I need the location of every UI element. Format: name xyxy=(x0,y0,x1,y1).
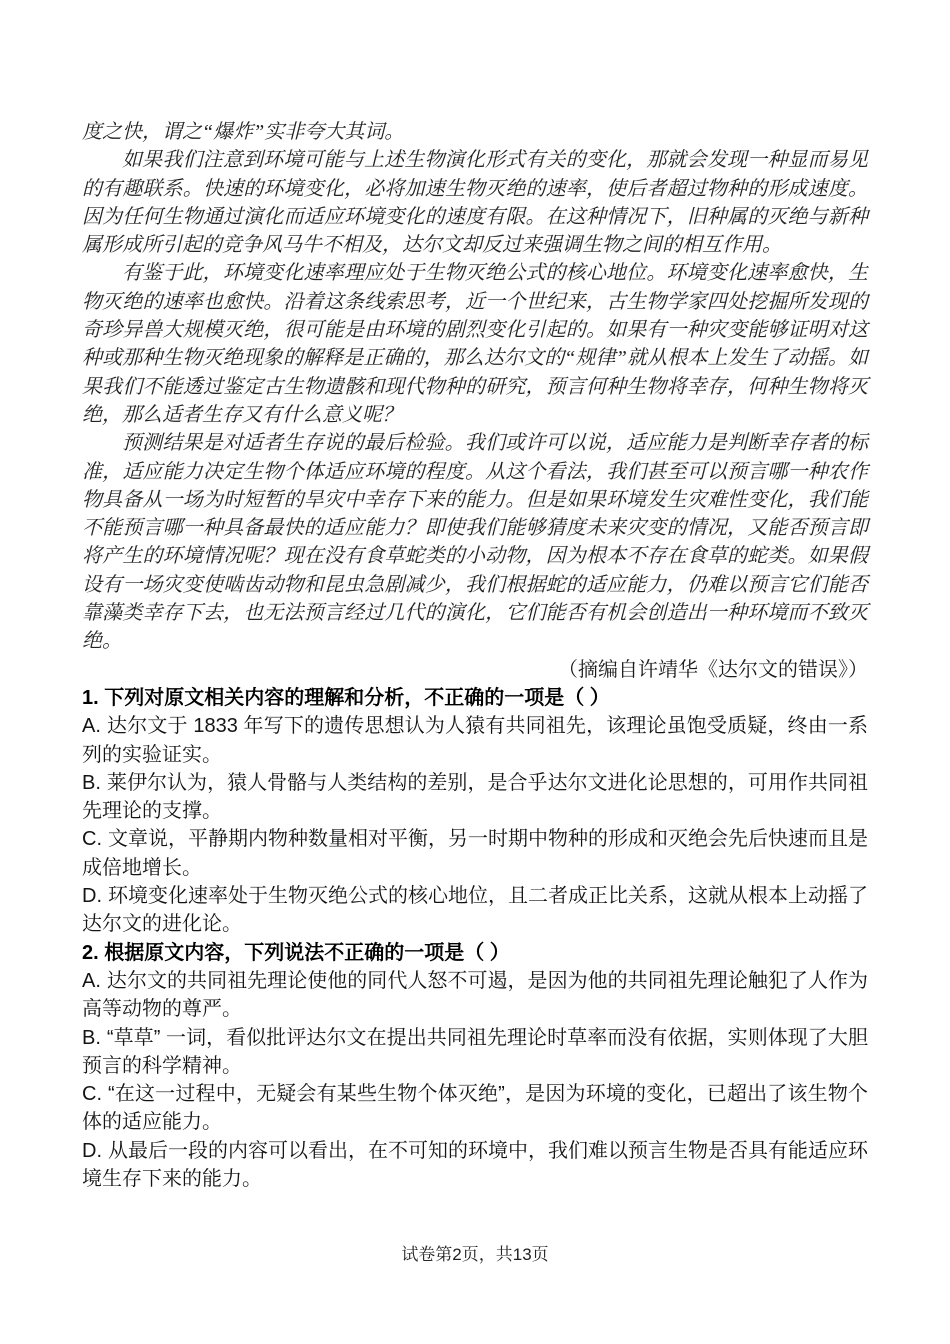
question-1-stem: 1. 下列对原文相关内容的理解和分析，不正确的一项是（ ） xyxy=(82,684,868,712)
passage-paragraph-2: 如果我们注意到环境可能与上述生物演化形式有关的变化，那就会发现一种显而易见的有趣… xyxy=(82,146,868,259)
passage-paragraph-3: 有鉴于此，环境变化速率理应处于生物灭绝公式的核心地位。环境变化速率愈快，生物灭绝… xyxy=(82,259,868,429)
passage-paragraph-4: 预测结果是对适者生存说的最后检验。我们或许可以说，适应能力是判断幸存者的标准，适… xyxy=(82,429,868,655)
option-text: “草草” 一词，看似批评达尔文在提出共同祖先理论时草率而没有依据，实则体现了大胆… xyxy=(82,1027,868,1077)
question-2-option-c: C.“在这一过程中，无疑会有某些生物个体灭绝”，是因为环境的变化，已超出了该生物… xyxy=(82,1080,868,1137)
option-label: D. xyxy=(82,885,102,907)
passage-attribution: （摘编自许靖华《达尔文的错误》） xyxy=(82,656,868,684)
page-footer: 试卷第2页，共13页 xyxy=(0,1240,950,1265)
option-label: A. xyxy=(82,715,101,737)
question-2: 2. 根据原文内容，下列说法不正确的一项是（ ） A.达尔文的共同祖先理论使他的… xyxy=(82,939,868,1194)
question-1: 1. 下列对原文相关内容的理解和分析，不正确的一项是（ ） A.达尔文于 183… xyxy=(82,684,868,939)
question-2-option-b: B.“草草” 一词，看似批评达尔文在提出共同祖先理论时草率而没有依据，实则体现了… xyxy=(82,1024,868,1081)
option-text: 达尔文的共同祖先理论使他的同代人怒不可遏，是因为他的共同祖先理论触犯了人作为高等… xyxy=(82,970,868,1020)
option-text: 达尔文于 1833 年写下的遗传思想认为人猿有共同祖先，该理论虽饱受质疑，终由一… xyxy=(82,715,868,765)
passage-paragraph-continuation: 度之快，谓之“爆炸”实非夸大其词。 xyxy=(82,118,868,146)
option-label: A. xyxy=(82,970,101,992)
question-2-option-d: D.从最后一段的内容可以看出，在不可知的环境中，我们难以预言生物是否具有能适应环… xyxy=(82,1137,868,1194)
option-text: 从最后一段的内容可以看出，在不可知的环境中，我们难以预言生物是否具有能适应环境生… xyxy=(82,1140,868,1190)
question-1-option-c: C.文章说，平静期内物种数量相对平衡，另一时期中物种的形成和灭绝会先后快速而且是… xyxy=(82,825,868,882)
option-label: B. xyxy=(82,1027,101,1049)
reading-passage: 度之快，谓之“爆炸”实非夸大其词。 如果我们注意到环境可能与上述生物演化形式有关… xyxy=(82,118,868,684)
exam-page: 度之快，谓之“爆炸”实非夸大其词。 如果我们注意到环境可能与上述生物演化形式有关… xyxy=(0,0,950,1344)
question-1-option-b: B.莱伊尔认为，猿人骨骼与人类结构的差别，是合乎达尔文进化论思想的，可用作共同祖… xyxy=(82,769,868,826)
question-2-option-a: A.达尔文的共同祖先理论使他的同代人怒不可遏，是因为他的共同祖先理论触犯了人作为… xyxy=(82,967,868,1024)
question-1-option-d: D.环境变化速率处于生物灭绝公式的核心地位，且二者成正比关系，这就从根本上动摇了… xyxy=(82,882,868,939)
option-text: 环境变化速率处于生物灭绝公式的核心地位，且二者成正比关系，这就从根本上动摇了达尔… xyxy=(82,885,868,935)
option-text: 文章说，平静期内物种数量相对平衡，另一时期中物种的形成和灭绝会先后快速而且是成倍… xyxy=(82,828,868,878)
option-label: C. xyxy=(82,828,102,850)
question-1-option-a: A.达尔文于 1833 年写下的遗传思想认为人猿有共同祖先，该理论虽饱受质疑，终… xyxy=(82,712,868,769)
option-label: B. xyxy=(82,772,101,794)
option-label: D. xyxy=(82,1140,102,1162)
question-2-stem: 2. 根据原文内容，下列说法不正确的一项是（ ） xyxy=(82,939,868,967)
option-label: C. xyxy=(82,1083,102,1105)
option-text: “在这一过程中，无疑会有某些生物个体灭绝”，是因为环境的变化，已超出了该生物个体… xyxy=(82,1083,868,1133)
option-text: 莱伊尔认为，猿人骨骼与人类结构的差别，是合乎达尔文进化论思想的，可用作共同祖先理… xyxy=(82,772,868,822)
